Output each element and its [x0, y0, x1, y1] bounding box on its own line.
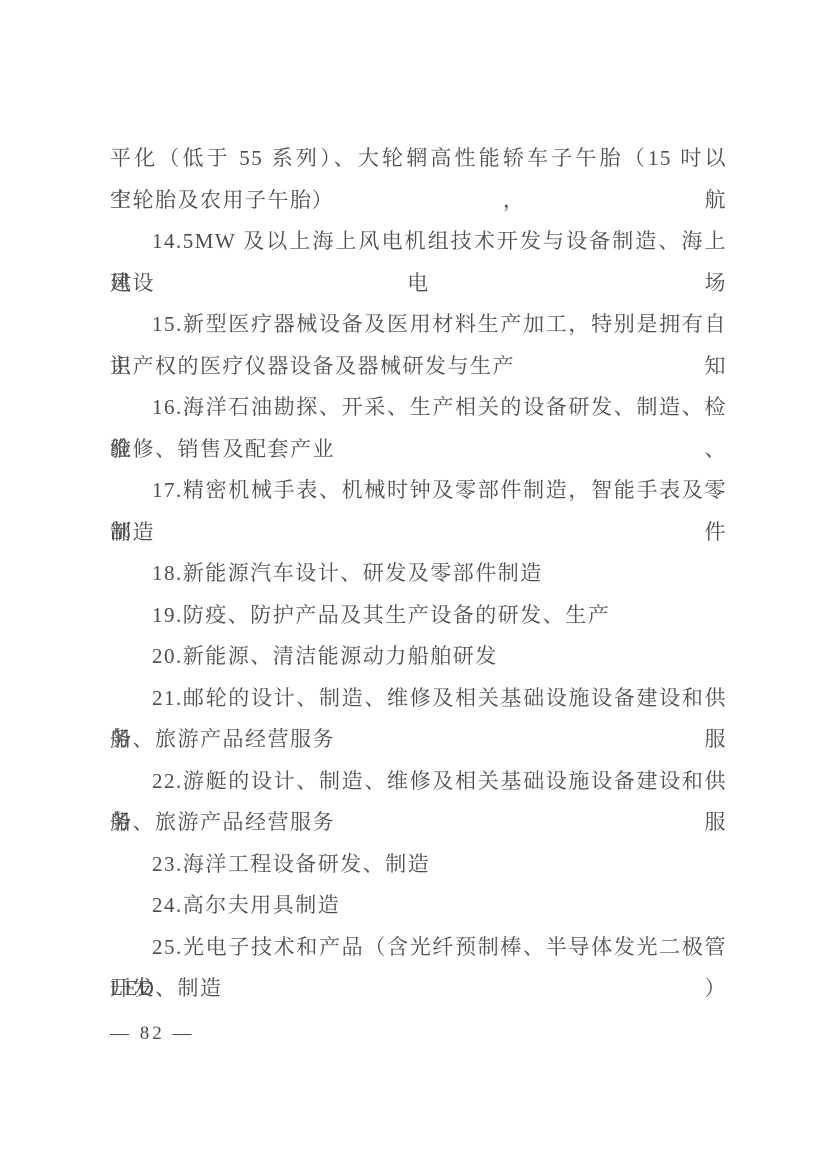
text-line: 25.光电子技术和产品（含光纤预制棒、半导体发光二极管 LED）: [110, 927, 727, 969]
text-line: 20.新能源、清洁能源动力船舶研发: [110, 636, 727, 678]
page-number: — 82 —: [110, 1023, 195, 1044]
text-line: 16.海洋石油勘探、开采、生产相关的设备研发、制造、检验、: [110, 387, 727, 429]
text-line: 21.邮轮的设计、制造、维修及相关基础设施设备建设和供船服: [110, 678, 727, 720]
text-line: 18.新能源汽车设计、研发及零部件制造: [110, 553, 727, 595]
text-line: 19.防疫、防护产品及其生产设备的研发、生产: [110, 595, 727, 637]
page-footer: — 82 —: [110, 1020, 195, 1048]
document-body: 平化（低于 55 系列）、大轮辋高性能轿车子午胎（15 吋以上），航空轮胎及农用…: [110, 138, 727, 1010]
text-line: 23.海洋工程设备研发、制造: [110, 844, 727, 886]
document-page: 平化（低于 55 系列）、大轮辋高性能轿车子午胎（15 吋以上），航空轮胎及农用…: [0, 0, 826, 1169]
text-line: 22.游艇的设计、制造、维修及相关基础设施设备建设和供船服: [110, 761, 727, 803]
text-line: 平化（低于 55 系列）、大轮辋高性能轿车子午胎（15 吋以上），航: [110, 138, 727, 180]
text-line: 14.5MW 及以上海上风电机组技术开发与设备制造、海上风电场: [110, 221, 727, 263]
text-line: 24.高尔夫用具制造: [110, 885, 727, 927]
text-line: 15.新型医疗器械设备及医用材料生产加工，特别是拥有自主知: [110, 304, 727, 346]
text-line: 17.精密机械手表、机械时钟及零部件制造，智能手表及零部件: [110, 470, 727, 512]
